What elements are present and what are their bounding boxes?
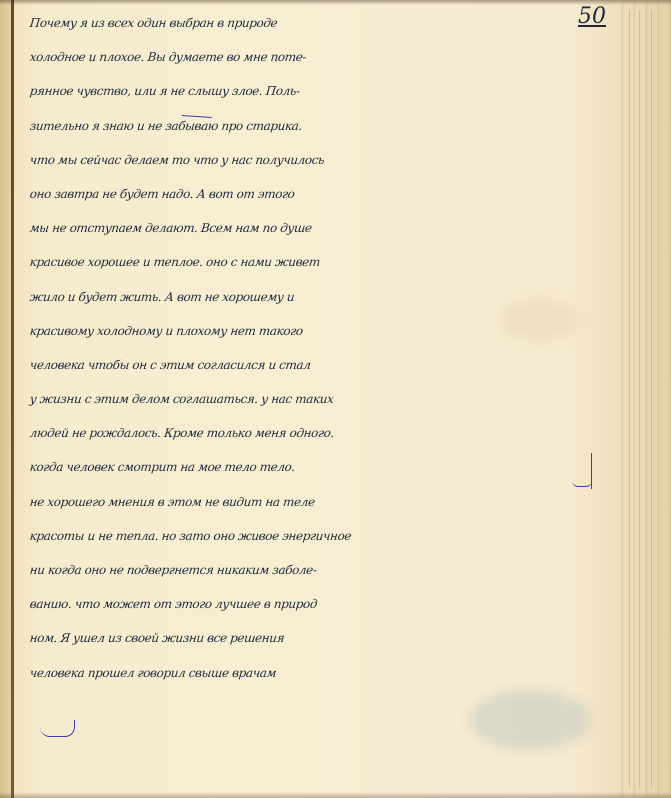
text-line: ванию. что может от этого лучшее в приро… — [28, 587, 632, 621]
notebook-page: 50 Почему я из всех один выбран в природ… — [0, 0, 671, 798]
text-line: ни когда оно не подвергнется никаким заб… — [28, 553, 632, 587]
text-line: человека прошел говорил свыше врачам — [28, 656, 632, 690]
text-line: рянное чувство, или я не слышу злое. Пол… — [28, 74, 632, 108]
text-line: оно завтра не будет надо. А вот от этого — [28, 177, 632, 211]
blue-correction-mark — [572, 476, 592, 487]
text-line: у жизни с этим делом соглашаться. у нас … — [28, 382, 632, 416]
text-line: красоты и не тепла. но зато оно живое эн… — [28, 519, 632, 553]
text-line: людей не рождалось. Кроме только меня од… — [28, 416, 632, 450]
page-edge-line — [651, 10, 652, 788]
text-line: ном. Я ушел из своей жизни все решения — [28, 621, 632, 655]
text-line: красивому холодному и плохому нет такого — [28, 314, 632, 348]
text-line: холодное и плохое. Вы думаете во мне пот… — [28, 40, 632, 74]
text-line: человека чтобы он с этим согласился и ст… — [28, 348, 632, 382]
bottom-shadow — [0, 792, 671, 798]
top-shadow — [0, 0, 671, 5]
text-line: Почему я из всех один выбран в природе — [28, 6, 632, 40]
text-line: когда человек смотрит на мое тело тело. — [28, 450, 632, 484]
text-line: жило и будет жить. А вот не хорошему и — [28, 280, 632, 314]
binding-line — [11, 0, 14, 798]
page-edge-line — [639, 10, 640, 788]
text-line: что мы сейчас делаем то что у нас получи… — [28, 143, 632, 177]
text-line: мы не отступаем делают. Всем нам по душе — [28, 211, 632, 245]
text-line: не хорошего мнения в этом не видит на те… — [28, 485, 632, 519]
text-line: зительно я знаю и не забываю про старика… — [28, 109, 632, 143]
text-line: красивое хорошее и теплое. оно с нами жи… — [28, 245, 632, 279]
ink-stain — [470, 690, 590, 750]
handwritten-text: Почему я из всех один выбран в природе х… — [28, 6, 628, 690]
blue-correction-mark — [40, 720, 75, 737]
